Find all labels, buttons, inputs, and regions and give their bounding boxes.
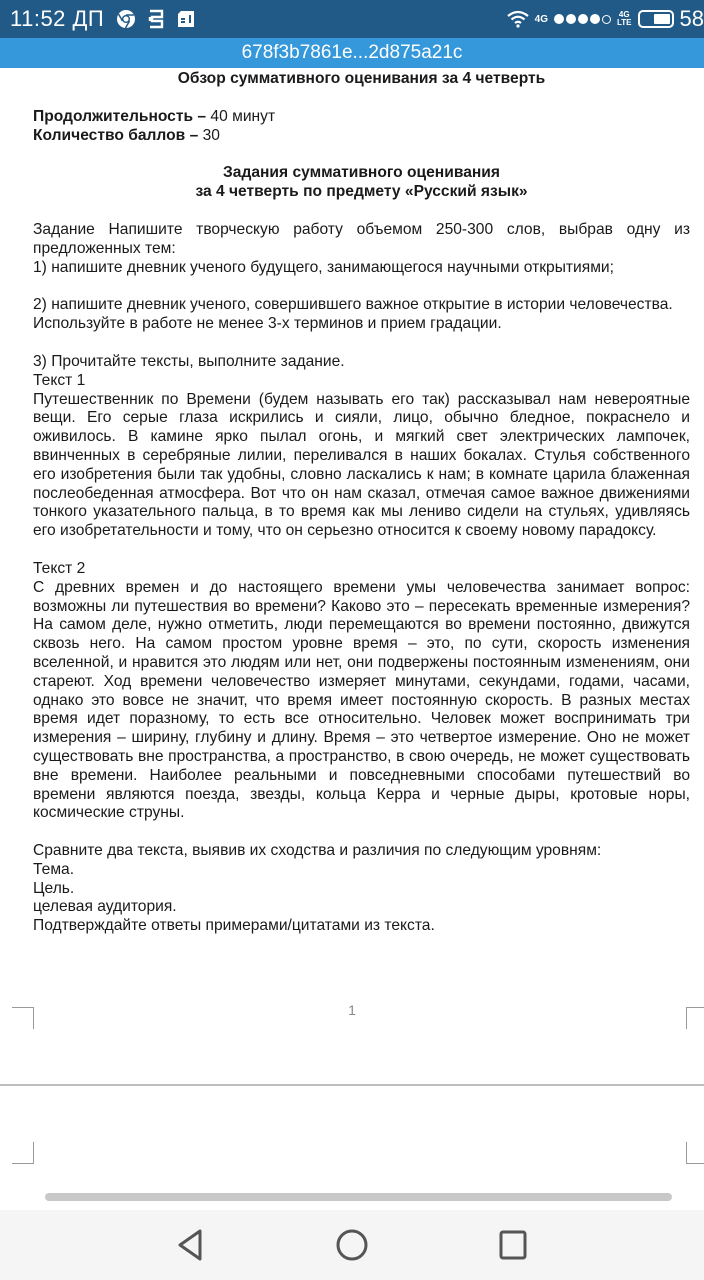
recents-icon (498, 1229, 528, 1261)
duration-value: 40 минут (210, 108, 275, 125)
back-button[interactable] (167, 1221, 215, 1269)
text-2-body: С древних времен и до настоящего времени… (33, 579, 690, 823)
task-intro: Задание Напишите творческую работу объем… (33, 221, 690, 259)
duration-line: Продолжительность – 40 минут (33, 108, 690, 127)
horizontal-scrollbar[interactable] (45, 1193, 672, 1201)
chrome-icon (116, 9, 136, 29)
task-3: 3) Прочитайте тексты, выполните задание. (33, 353, 690, 372)
document-title-bar: 678f3b7861e...2d875a21c (0, 38, 704, 68)
section-title-line-1: Задания суммативного оценивания (33, 164, 690, 183)
duration-label: Продолжительность – (33, 108, 210, 125)
home-button[interactable] (328, 1221, 376, 1269)
text-1-title: Текст 1 (33, 372, 690, 391)
document-page[interactable]: Обзор суммативного оценивания за 4 четве… (0, 68, 704, 936)
section-title: Задания суммативного оценивания за 4 чет… (33, 164, 690, 202)
battery-percent: 58 (680, 6, 704, 32)
status-time: 11:52 ДП (10, 6, 104, 32)
level-theme: Тема. (33, 861, 690, 880)
level-goal: Цель. (33, 880, 690, 899)
back-icon (176, 1228, 206, 1262)
lte-icon: 4G LTE (617, 11, 632, 27)
page-corner-mark (12, 1007, 34, 1029)
page-number: 1 (0, 1002, 704, 1018)
home-icon (335, 1228, 369, 1262)
points-label: Количество баллов – (33, 127, 203, 144)
page-corner-mark (12, 1142, 34, 1164)
page-corner-mark (686, 1142, 704, 1164)
section-title-line-2: за 4 четверть по предмету «Русский язык» (33, 183, 690, 202)
points-value: 30 (203, 127, 220, 144)
signal-strength-icon (554, 14, 611, 24)
text-1-body: Путешественник по Времени (будем называт… (33, 391, 690, 541)
recents-button[interactable] (489, 1221, 537, 1269)
document-header: Обзор суммативного оценивания за 4 четве… (33, 70, 690, 89)
document-filename: 678f3b7861e...2d875a21c (242, 42, 463, 64)
points-line: Количество баллов – 30 (33, 127, 690, 146)
topic-2: 2) напишите дневник ученого, совершившег… (33, 296, 690, 315)
requirement: Используйте в работе не менее 3-х термин… (33, 315, 690, 334)
wifi-icon (507, 10, 529, 28)
text-2-title: Текст 2 (33, 560, 690, 579)
confirm-instruction: Подтверждайте ответы примерами/цитатами … (33, 917, 690, 936)
page-divider (0, 1084, 704, 1086)
topic-1: 1) напишите дневник ученого будущего, за… (33, 259, 690, 278)
sim-card-icon (176, 9, 196, 29)
status-bar: 11:52 ДП 4G 4G LTE 58 (0, 0, 704, 38)
assessment-meta: Продолжительность – 40 минут Количество … (33, 108, 690, 146)
level-audience: целевая аудитория. (33, 898, 690, 917)
sync-icon (148, 8, 164, 30)
network-type-label: 4G (535, 14, 548, 25)
system-nav-bar (0, 1210, 704, 1280)
page-corner-mark (686, 1007, 704, 1029)
battery-icon (638, 10, 674, 28)
compare-instruction: Сравните два текста, выявив их сходства … (33, 842, 690, 861)
